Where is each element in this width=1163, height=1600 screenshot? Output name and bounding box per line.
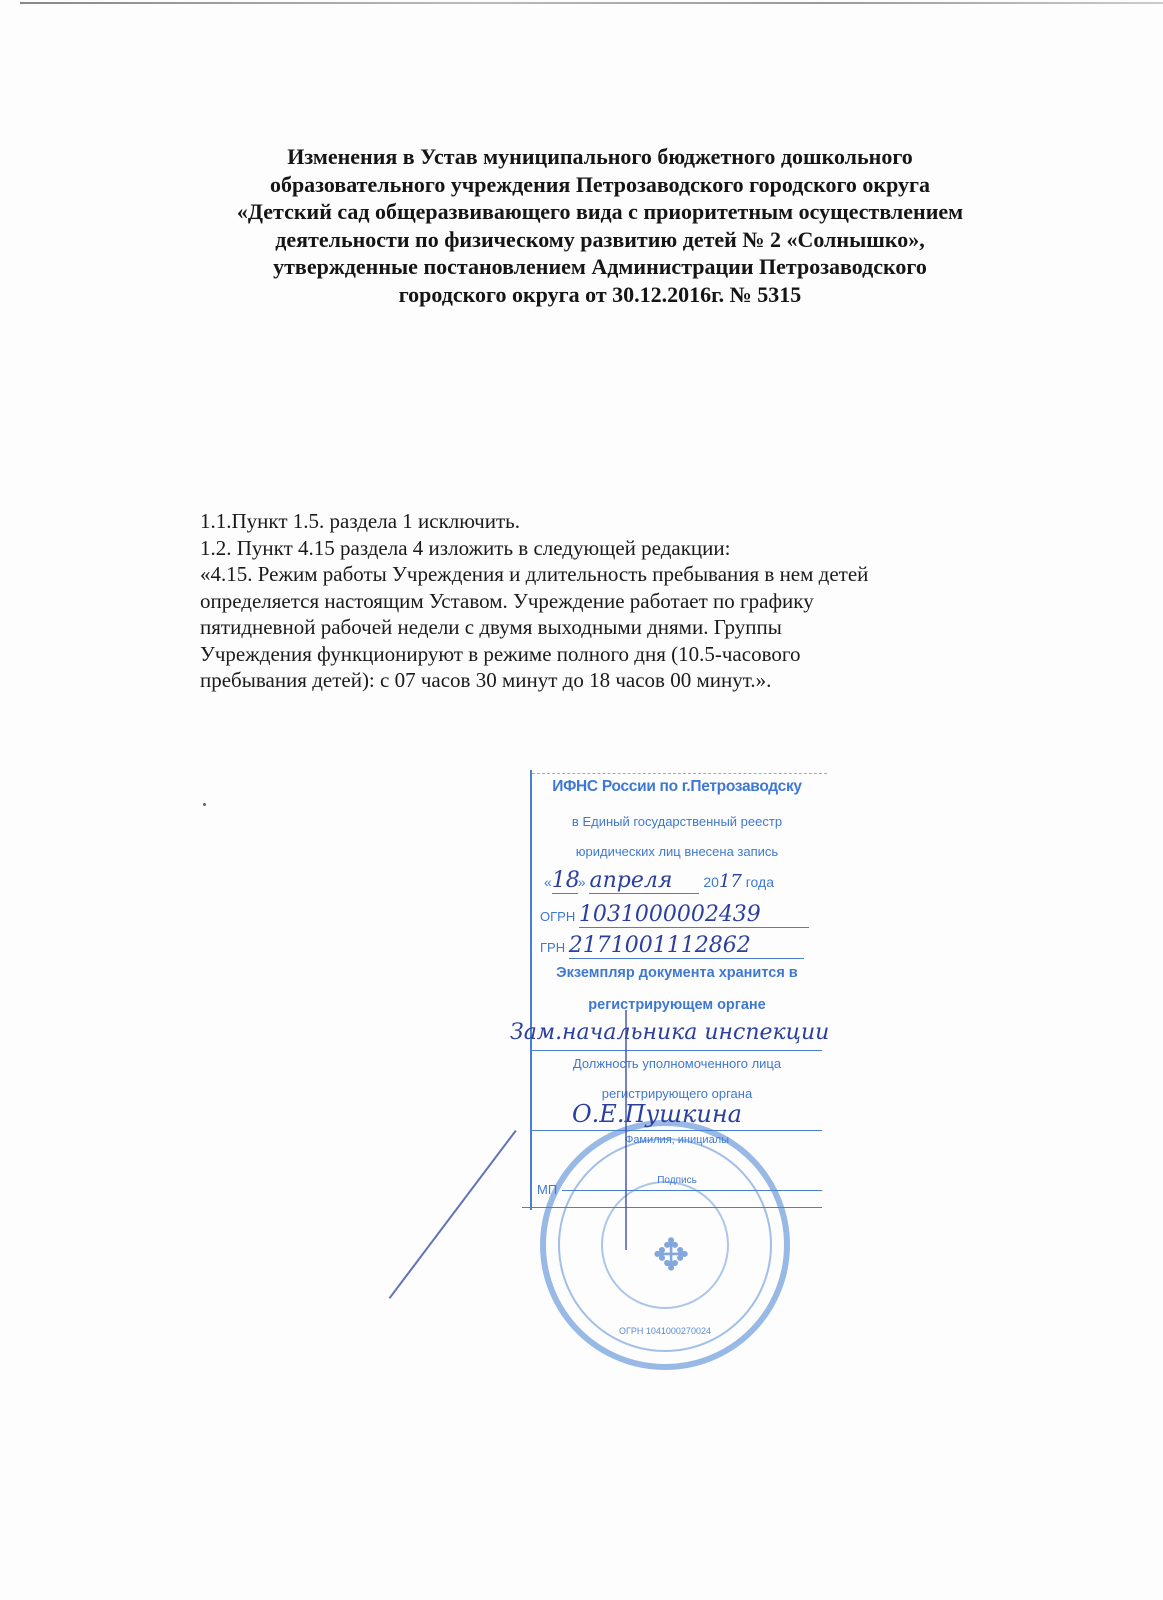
copy-note: Экземпляр документа хранится в bbox=[532, 965, 822, 981]
body-line: Учреждения функционируют в режиме полног… bbox=[200, 641, 1060, 668]
body-line: 1.1.Пункт 1.5. раздела 1 исключить. bbox=[200, 508, 1060, 535]
body-line: пятидневной рабочей недели с двумя выход… bbox=[200, 614, 1060, 641]
document-body: 1.1.Пункт 1.5. раздела 1 исключить. 1.2.… bbox=[200, 508, 1060, 694]
name-caption: Фамилия, инициалы bbox=[532, 1134, 822, 1146]
body-line: определяется настоящим Уставом. Учрежден… bbox=[200, 588, 1060, 615]
body-line: 1.2. Пункт 4.15 раздела 4 изложить в сле… bbox=[200, 535, 1060, 562]
scan-top-edge bbox=[20, 2, 1163, 4]
stamp-line: в Единый государственный реестр bbox=[532, 814, 822, 829]
document-title: Изменения в Устав муниципального бюджетн… bbox=[200, 143, 1000, 308]
date-year-word: года bbox=[746, 874, 774, 890]
seal-ogrn: ОГРН 1041000270024 bbox=[546, 1326, 784, 1336]
ogrn-value: 1031000002439 bbox=[579, 902, 809, 928]
grn-label: ГРН bbox=[540, 940, 565, 955]
stamp-border-bottom bbox=[522, 1207, 822, 1208]
date-quote-close: » bbox=[578, 874, 586, 890]
seal-label: МП bbox=[537, 1182, 557, 1197]
signature-underline bbox=[562, 1190, 822, 1191]
stamp-line: юридических лиц внесена запись bbox=[532, 844, 822, 859]
copy-note: регистрирующем органе bbox=[532, 997, 822, 1013]
scan-speck bbox=[203, 803, 206, 806]
date-quote-open: « bbox=[544, 874, 552, 890]
position-handwritten: Зам.начальника инспекции bbox=[510, 1020, 800, 1045]
title-line: деятельности по физическому развитию дет… bbox=[200, 226, 1000, 254]
title-line: «Детский сад общеразвивающего вида с при… bbox=[200, 198, 1000, 226]
eagle-emblem-icon: ✥ bbox=[641, 1226, 701, 1286]
body-line: пребывания детей): с 07 часов 30 минут д… bbox=[200, 667, 1060, 694]
grn-field: ГРН 2171001112862 bbox=[540, 933, 804, 959]
position-caption: Должность уполномоченного лица bbox=[532, 1056, 822, 1071]
ogrn-label: ОГРН bbox=[540, 909, 575, 924]
stamp-border-top bbox=[532, 773, 827, 774]
position-caption: регистрирующего органа bbox=[532, 1086, 822, 1101]
name-handwritten: О.Е.Пушкина bbox=[572, 1100, 862, 1128]
ogrn-field: ОГРН 1031000002439 bbox=[540, 902, 809, 928]
date-year-prefix: 20 bbox=[703, 874, 719, 890]
date-month: апреля bbox=[589, 868, 699, 894]
signature-stroke bbox=[625, 1010, 627, 1250]
stamp-date: «18» апреля 2017 года bbox=[532, 868, 834, 894]
signature-caption: Подпись bbox=[532, 1175, 822, 1186]
title-line: городского округа от 30.12.2016г. № 5315 bbox=[200, 281, 1000, 309]
registration-stamp: ИФНС России по г.Петрозаводску в Единый … bbox=[530, 770, 822, 1210]
title-line: образовательного учреждения Петрозаводск… bbox=[200, 171, 1000, 199]
grn-value: 2171001112862 bbox=[569, 933, 804, 959]
signature-stroke bbox=[389, 1130, 517, 1299]
title-line: Изменения в Устав муниципального бюджетн… bbox=[200, 143, 1000, 171]
stamp-authority: ИФНС России по г.Петрозаводску bbox=[532, 778, 822, 796]
title-line: утвержденные постановлением Администраци… bbox=[200, 253, 1000, 281]
body-line: «4.15. Режим работы Учреждения и длитель… bbox=[200, 561, 1060, 588]
position-underline bbox=[532, 1050, 822, 1051]
date-year-suffix: 17 bbox=[719, 871, 742, 892]
name-underline bbox=[532, 1130, 822, 1131]
date-day: 18 bbox=[552, 868, 578, 894]
